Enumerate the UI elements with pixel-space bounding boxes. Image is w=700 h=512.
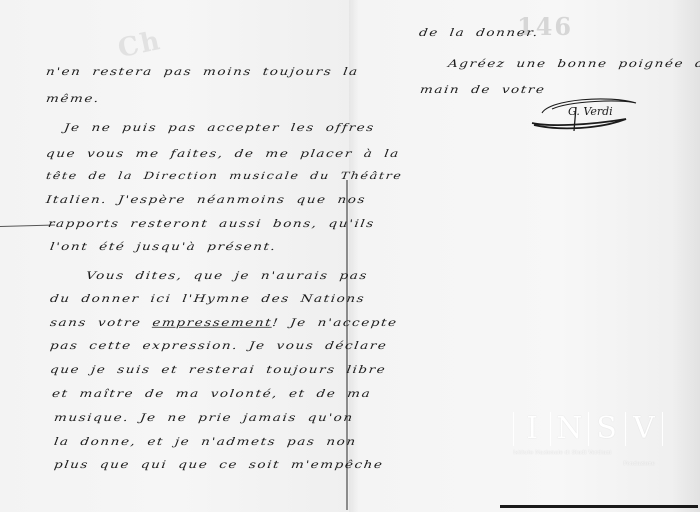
letter-line: rapports resteront aussi bons, qu'ils — [47, 218, 375, 230]
letter-line: pas cette expression. Je vous déclare — [49, 340, 388, 352]
letter-line: que je suis et resterai toujours libre — [49, 364, 387, 376]
insv-logo: I N S V — [513, 412, 663, 446]
insv-letter: S — [589, 412, 626, 446]
letter-line: musique. Je ne prie jamais qu'on — [53, 412, 354, 424]
letter-line: la donne, et je n'admets pas non — [53, 436, 357, 448]
letter-line: Agréez une bonne poignée de — [447, 58, 700, 70]
letter-line: Italien. J'espère néanmoins que nos — [45, 194, 367, 206]
letter-line: l'ont été jusqu'à présent. — [49, 241, 277, 253]
letter-line: main de votre — [419, 84, 546, 96]
letter-line: Je ne puis pas accepter les offres — [63, 122, 376, 134]
bottom-edge-line — [500, 505, 698, 508]
underlined-word: empressement — [152, 317, 274, 329]
letter-line: de la donner. — [418, 27, 539, 39]
letter-line: du donner ici l'Hymne des Nations — [49, 293, 366, 305]
insv-letter: V — [626, 412, 663, 446]
letter-text: ! Je n'accepte — [271, 317, 398, 329]
insv-subtitle: Istituto Nazionale di Studi Verdiani — [513, 449, 663, 457]
letter-line: plus que qui que ce soit m'empêche — [53, 459, 384, 471]
insv-letter: N — [551, 412, 588, 446]
letter-line: Vous dites, que je n'aurais pas — [85, 270, 369, 282]
letter-text: sans votre — [49, 317, 142, 329]
letter-line: que vous me faites, de me placer à la — [45, 148, 401, 160]
insv-subtitle-2: Fondazione — [513, 460, 663, 468]
letter-line: tête de la Direction musicale du Théâtre — [45, 171, 403, 183]
page-edge-shadow — [672, 0, 700, 512]
insv-watermark: I N S V Istituto Nazionale di Studi Verd… — [513, 412, 663, 472]
letter-line: et maître de ma volonté, et de ma — [51, 388, 372, 400]
letter-line: sans votre empressement! Je n'accepte — [49, 317, 398, 329]
insv-letter: I — [514, 412, 551, 446]
signature-verdi: G. Verdi — [530, 93, 640, 133]
letter-line: n'en restera pas moins toujours la — [45, 66, 359, 78]
letter-line: même. — [45, 93, 101, 105]
